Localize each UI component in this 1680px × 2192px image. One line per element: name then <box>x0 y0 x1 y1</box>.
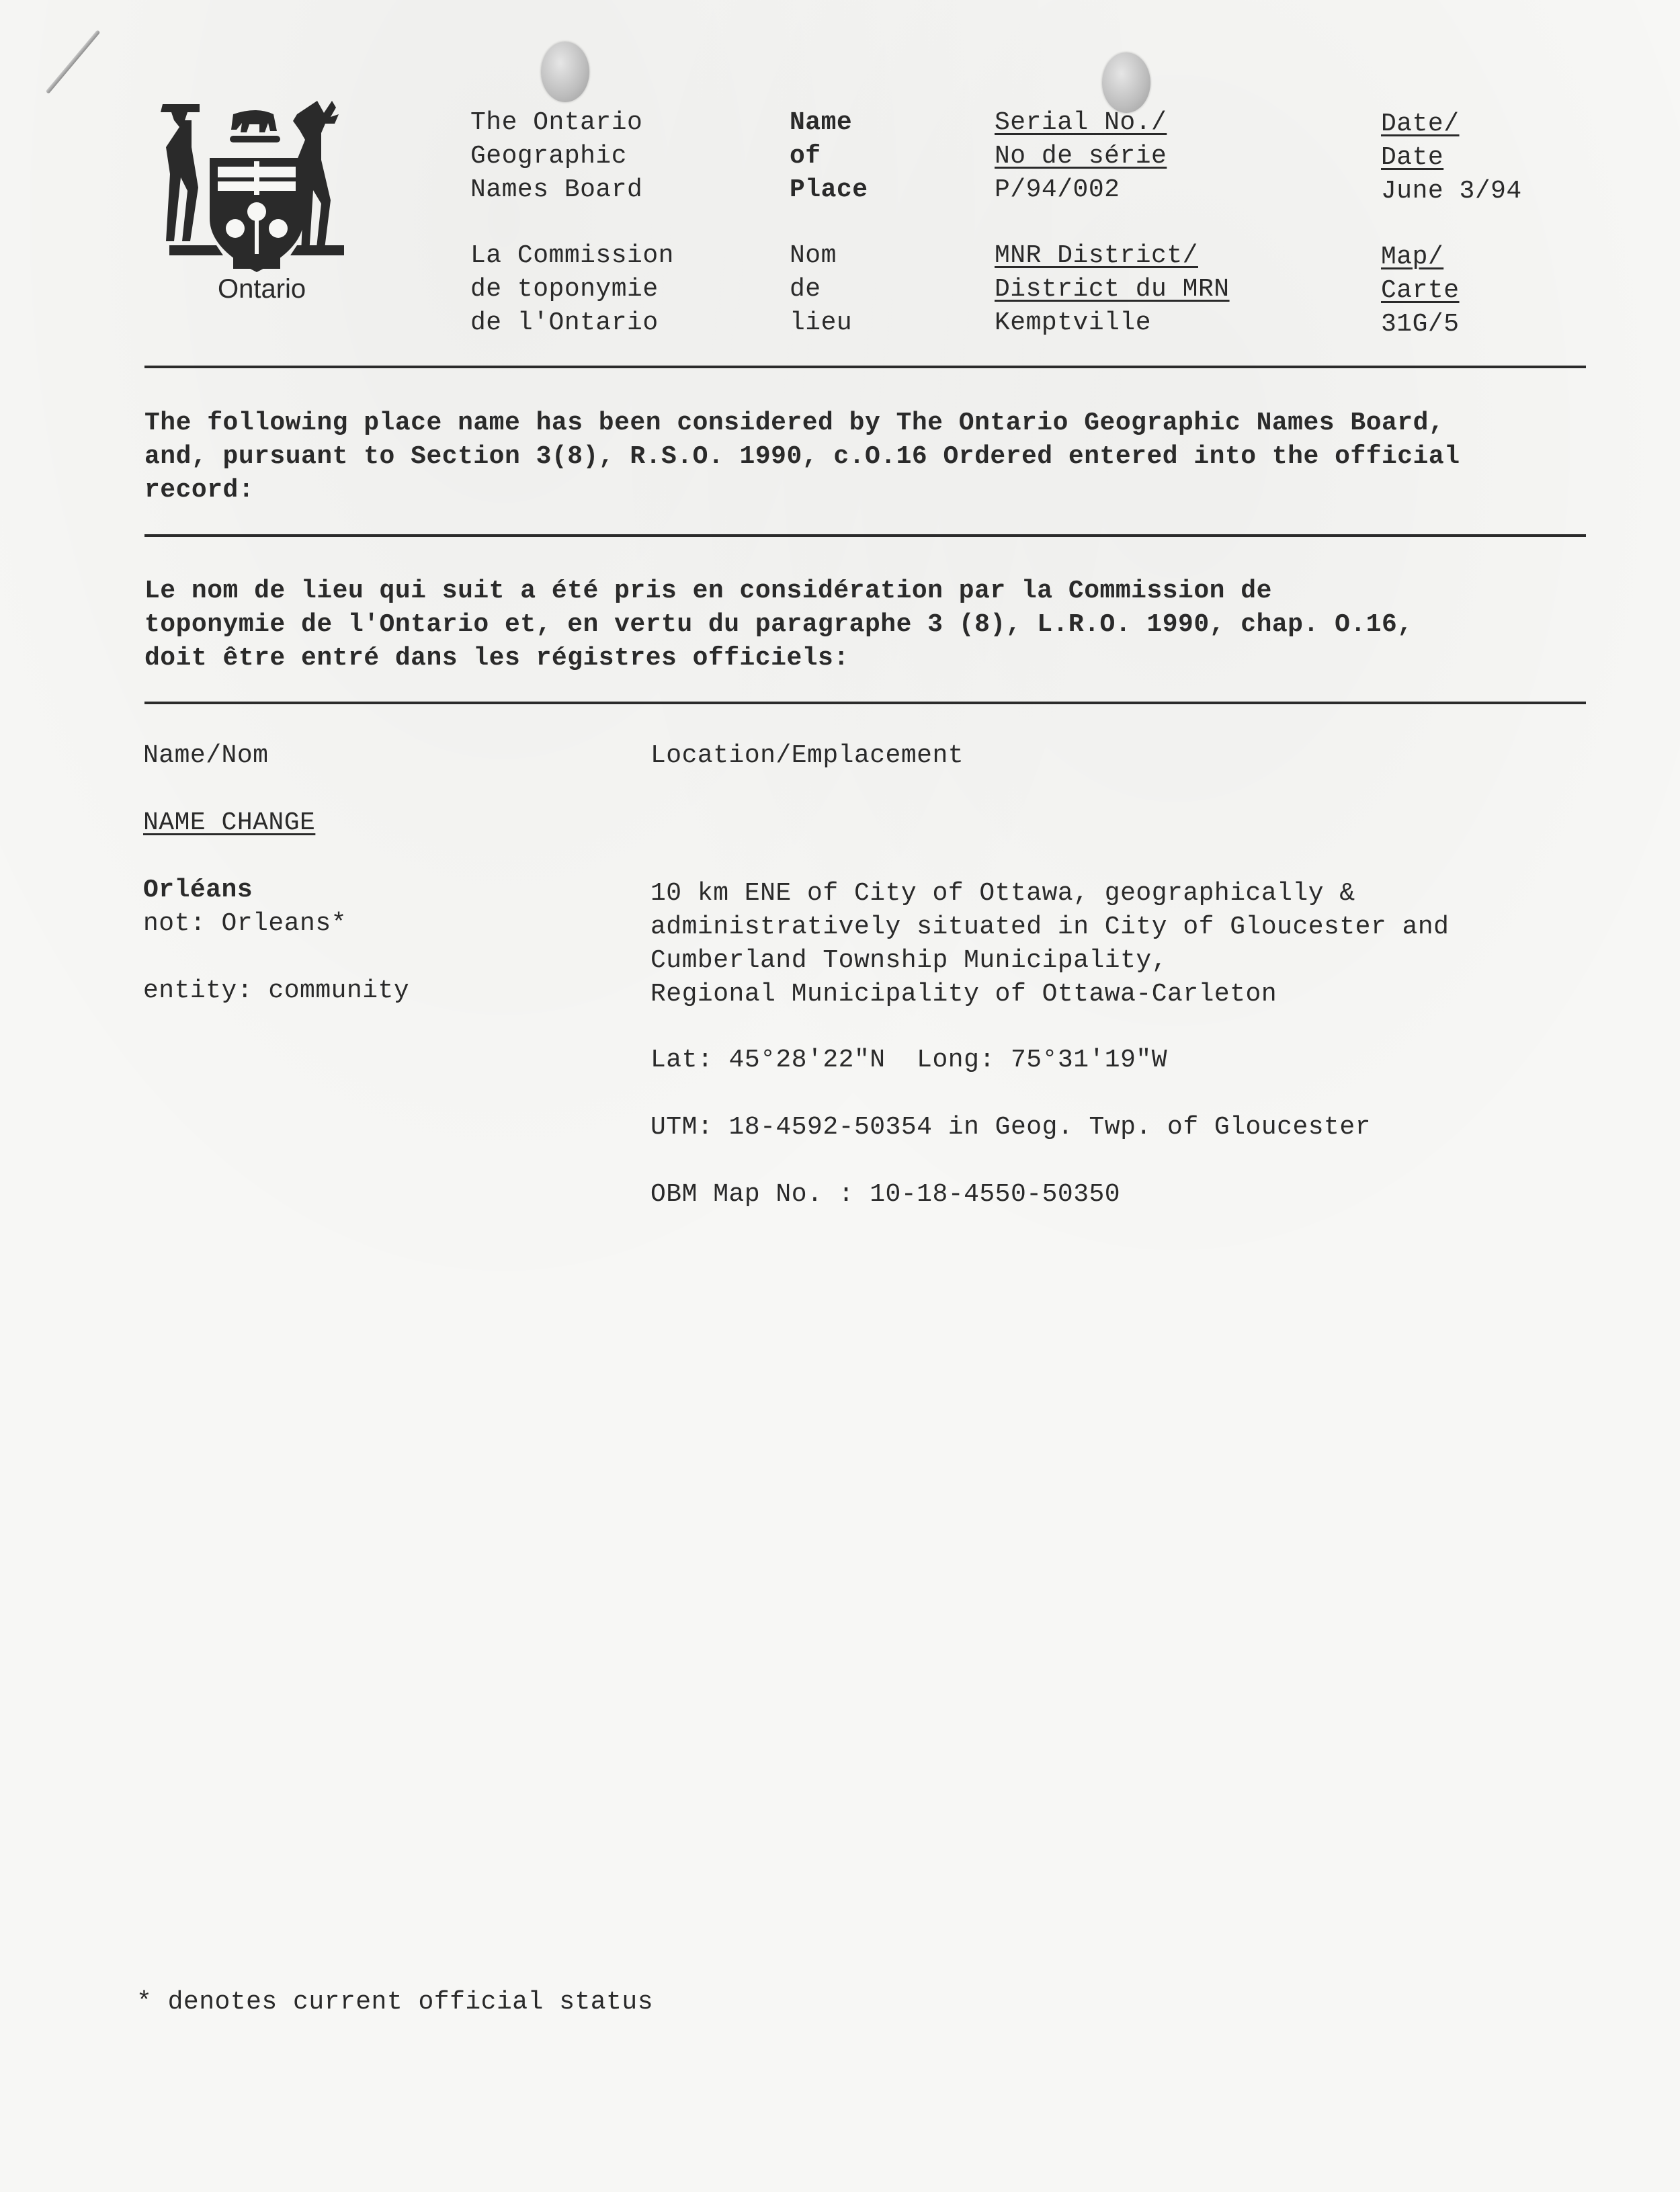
place-label-en-line-2: of <box>790 140 821 173</box>
statement-en-line-2: and, pursuant to Section 3(8), R.S.O. 19… <box>144 440 1460 474</box>
board-name-en-line-3: Names Board <box>470 173 642 207</box>
divider-2 <box>144 534 1586 537</box>
punch-hole-right <box>1102 52 1150 113</box>
record-type: NAME CHANGE <box>143 806 315 840</box>
logo-label: Ontario <box>218 274 306 304</box>
date-label-fr: Date <box>1381 141 1443 175</box>
date-label-en: Date/ <box>1381 108 1460 141</box>
map-label-en: Map/ <box>1381 241 1443 274</box>
statement-fr-line-1: Le nom de lieu qui suit a été pris en co… <box>144 575 1272 608</box>
place-label-fr-line-2: de <box>790 273 821 306</box>
pencil-mark <box>46 30 101 94</box>
location-line-1: 10 km ENE of City of Ottawa, geographica… <box>650 877 1355 911</box>
place-label-fr-line-3: lieu <box>790 306 852 340</box>
obm-map-number: OBM Map No. : 10-18-4550-50350 <box>650 1178 1120 1212</box>
statement-fr-line-3: doit être entré dans les régistres offic… <box>144 642 849 675</box>
board-name-fr-line-2: de toponymie <box>470 273 659 306</box>
district-value: Kemptville <box>995 306 1151 340</box>
ontario-coat-of-arms-icon: Ontario <box>156 101 358 302</box>
statement-en-line-1: The following place name has been consid… <box>144 407 1444 440</box>
punch-hole-left <box>541 42 589 102</box>
serial-value: P/94/002 <box>995 173 1120 207</box>
divider-1 <box>144 366 1586 368</box>
name-column-header: Name/Nom <box>143 739 268 773</box>
map-label-fr: Carte <box>1381 274 1460 308</box>
map-value: 31G/5 <box>1381 308 1460 341</box>
entity-type: entity: community <box>143 974 409 1008</box>
statement-fr-line-2: toponymie de l'Ontario et, en vertu du p… <box>144 608 1413 642</box>
place-label-en-line-1: Name <box>790 106 852 140</box>
date-value: June 3/94 <box>1381 175 1522 208</box>
location-line-2: administratively situated in City of Glo… <box>650 911 1450 944</box>
statement-en-line-3: record: <box>144 474 254 507</box>
board-name-fr-line-1: La Commission <box>470 239 674 273</box>
location-line-3: Cumberland Township Municipality, <box>650 944 1167 978</box>
serial-label-en: Serial No./ <box>995 106 1167 140</box>
location-column-header: Location/Emplacement <box>650 739 964 773</box>
board-name-fr-line-3: de l'Ontario <box>470 306 659 340</box>
former-name: not: Orleans* <box>143 907 347 941</box>
district-label-fr: District du MRN <box>995 273 1230 306</box>
board-name-en-line-1: The Ontario <box>470 106 642 140</box>
place-label-fr-line-1: Nom <box>790 239 837 273</box>
lat-long: Lat: 45°28'22"N Long: 75°31'19"W <box>650 1044 1167 1077</box>
district-label-en: MNR District/ <box>995 239 1198 273</box>
utm-reference: UTM: 18-4592-50354 in Geog. Twp. of Glou… <box>650 1111 1371 1144</box>
board-name-en-line-2: Geographic <box>470 140 627 173</box>
footnote: * denotes current official status <box>136 1986 653 2019</box>
official-name: Orléans <box>143 874 253 907</box>
location-line-4: Regional Municipality of Ottawa-Carleton <box>650 978 1277 1011</box>
serial-label-fr: No de série <box>995 140 1167 173</box>
divider-3 <box>144 702 1586 704</box>
place-label-en-line-3: Place <box>790 173 868 207</box>
